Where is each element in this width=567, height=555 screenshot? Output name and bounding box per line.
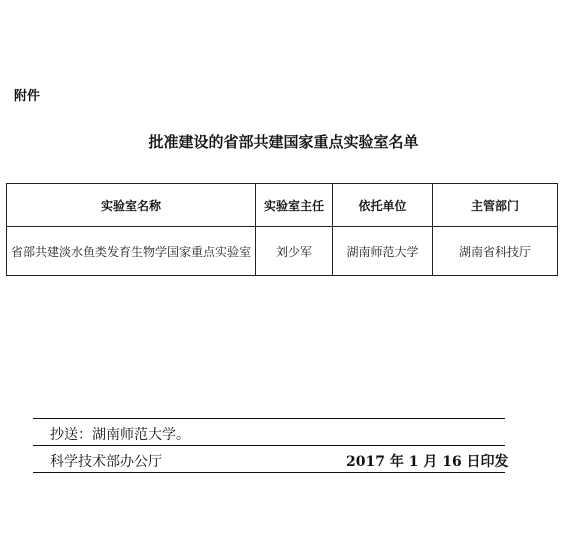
table-row: 省部共建淡水鱼类发育生物学国家重点实验室 刘少军 湖南师范大学 湖南省科技厅	[7, 227, 558, 276]
footer-middle-divider	[33, 445, 505, 446]
lab-list-table: 实验室名称 实验室主任 依托单位 主管部门 省部共建淡水鱼类发育生物学国家重点实…	[6, 183, 558, 276]
cell-lab-name: 省部共建淡水鱼类发育生物学国家重点实验室	[7, 227, 256, 276]
column-header-lab-director: 实验室主任	[256, 184, 333, 227]
table-header-row: 实验室名称 实验室主任 依托单位 主管部门	[7, 184, 558, 227]
cell-host-institution: 湖南师范大学	[333, 227, 433, 276]
cell-lab-director: 刘少军	[256, 227, 333, 276]
cell-supervising-department: 湖南省科技厅	[433, 227, 558, 276]
column-header-supervising-department: 主管部门	[433, 184, 558, 227]
column-header-host-institution: 依托单位	[333, 184, 433, 227]
footer-top-divider	[33, 418, 505, 419]
issuer: 科学技术部办公厅	[50, 451, 162, 471]
column-header-lab-name: 实验室名称	[7, 184, 256, 227]
footer-bottom-divider	[33, 472, 505, 473]
issue-date: 2017 年 1 月 16 日印发	[346, 451, 509, 471]
cc-line: 抄送：湖南师范大学。	[50, 424, 190, 444]
attachment-label: 附件	[14, 85, 40, 104]
document-title: 批准建设的省部共建国家重点实验室名单	[0, 131, 567, 152]
